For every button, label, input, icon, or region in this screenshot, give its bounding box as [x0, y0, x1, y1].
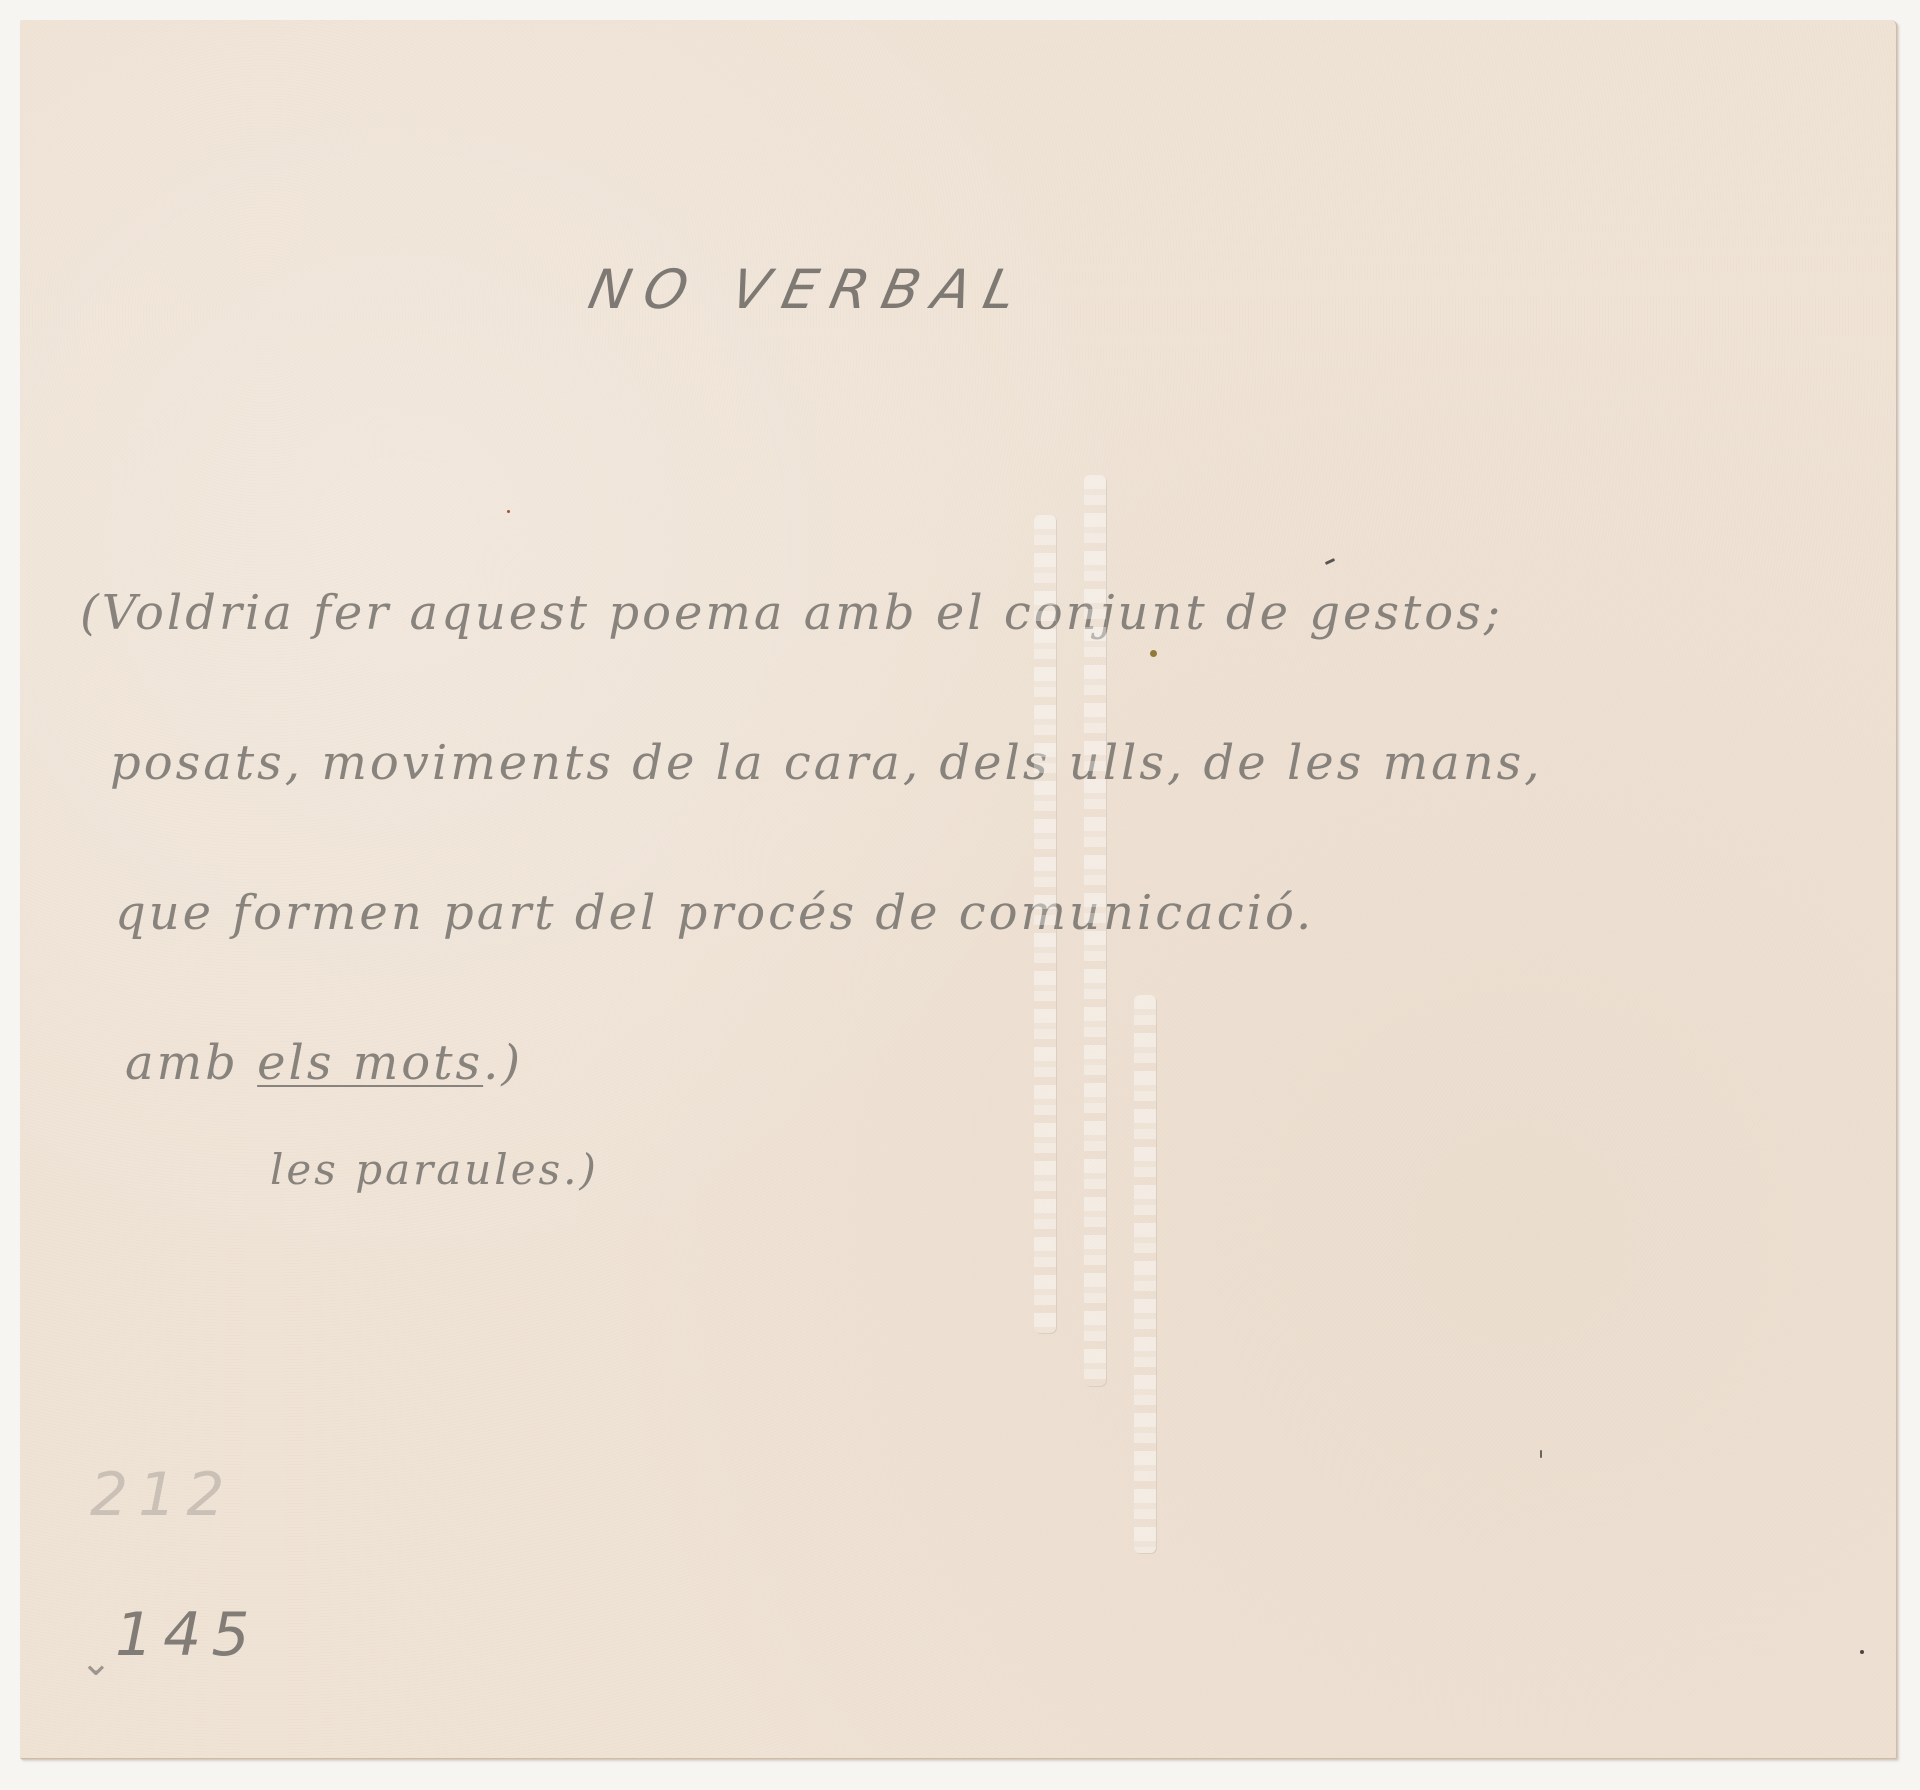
text-line-4-suffix: .): [483, 1035, 523, 1091]
pencil-mark: [1540, 1450, 1542, 1458]
text-line-1: (Voldria fer aquest poema amb el conjunt…: [80, 585, 1503, 641]
document-title: NO VERBAL: [583, 258, 1035, 321]
archive-mark: ⌄: [80, 1640, 112, 1684]
manuscript-sheet: NO VERBAL (Voldria fer aquest poema amb …: [20, 20, 1897, 1759]
underlined-words: els mots: [257, 1035, 483, 1091]
archive-number-erased: 212: [90, 1460, 235, 1530]
text-line-5-alternative: les paraules.): [270, 1145, 599, 1194]
paper-speck: [1860, 1650, 1864, 1654]
text-line-2: posats, moviments de la cara, dels ulls,…: [110, 735, 1543, 791]
pencil-mark: [1325, 558, 1335, 565]
embossed-stamp-bleedthrough: [1020, 475, 1170, 1405]
paper-speck: [1150, 650, 1157, 657]
text-line-4: amb els mots.): [125, 1035, 523, 1091]
stamp-column-2: [1084, 475, 1106, 1386]
archive-number: 145: [115, 1600, 260, 1670]
paper-speck: [507, 510, 510, 513]
stamp-column-3: [1134, 995, 1156, 1553]
stamp-column-1: [1034, 515, 1056, 1333]
text-line-4-prefix: amb: [125, 1035, 257, 1091]
